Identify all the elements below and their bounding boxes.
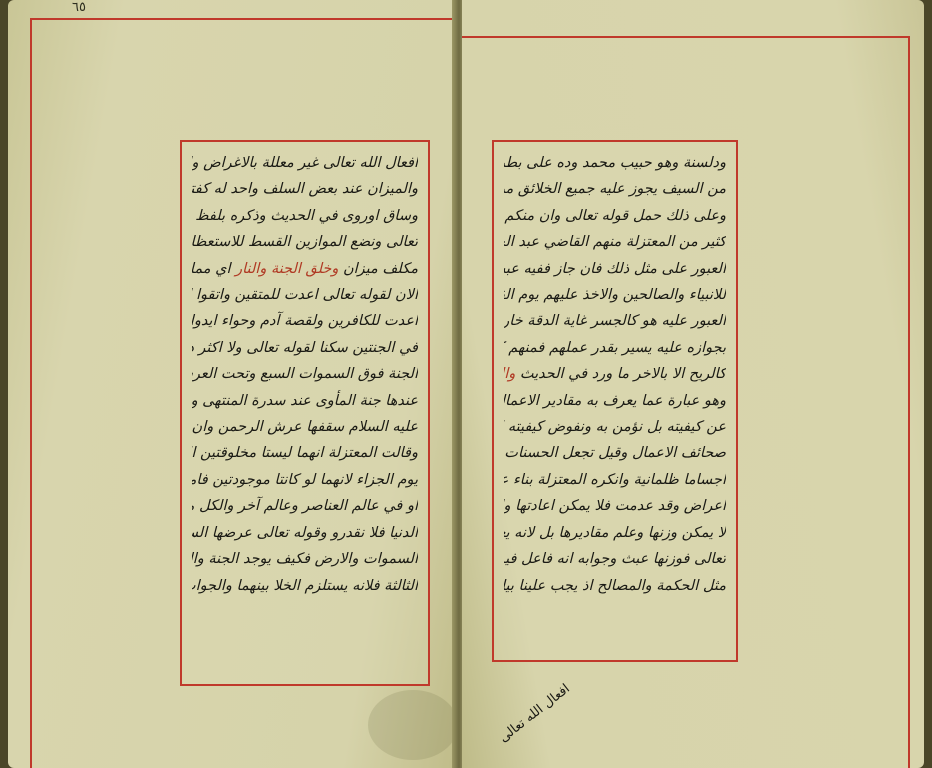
text-line-with-rubric: كالريح الا بالاخر ما ورد في الحديث والمي… (504, 361, 726, 387)
text-line: صحائف الاعمال وقيل تجعل الحسنات اجساما ن… (504, 440, 726, 466)
text-line: او في عالم العناصر وعالم آخر والكل محال (192, 493, 418, 519)
text-line: اجساما ظلمانية وانكره المعتزلة بناء على … (504, 467, 726, 493)
text-line: والميزان عند بعض السلف واحد له كفتان ولس… (192, 176, 418, 202)
text-line: افعال الله تعالى غير معللة بالاغراض ولا … (192, 150, 418, 176)
text-line: تعالى فوزنها عبث وجوابه انه فاعل فيما يش… (504, 546, 726, 572)
text-line: الثالثة فلانه يستلزم الخلا بينهما والجوا… (192, 573, 418, 599)
text-line: كثير من المعتزلة منهم القاضي عبد الجبار … (504, 229, 726, 255)
ink-stain (368, 690, 458, 760)
text-line: العبور عليه هو كالجسر غاية الدقة خارق لل… (504, 308, 726, 334)
text-line: في الجنتين سكنا لقوله تعالى ولا اكثر دون… (192, 335, 418, 361)
rubric-heading: وخلق الجنة والنار (235, 261, 338, 277)
right-page: ودلسنة وهو حبيب محمد وده على بطن جهنم اد… (462, 0, 924, 768)
text-line: وهو عبارة عما يعرف به مقادير الاعمال ولي… (504, 388, 726, 414)
text-line: لا يمكن وزنها وعلم مقاديرها بل لانه يعلم… (504, 520, 726, 546)
text-line: السموات والارض فكيف يوجد الجنة والنار في… (192, 546, 418, 572)
left-page: ٦٥ افعال الله تعالى غير معللة بالاغراض و… (8, 0, 460, 768)
text-line: يوم الجزاء لانهما لو كانتا موجودتين فاما… (192, 467, 418, 493)
text-line: العبور على مثل ذلك فان جاز ففيه عبث ولو … (504, 256, 726, 282)
text-line: عن كيفيته بل نؤمن به ونفوض كيفيته الى ال… (504, 414, 726, 440)
text-line: وقالت المعتزلة انهما ليستا مخلوقتين الآن… (192, 440, 418, 466)
text-line: للانبياء والصالحين والاخذ عليهم يوم القي… (504, 282, 726, 308)
text-line: الجنة فوق السموات السبع وتحت العرش لقوله… (192, 361, 418, 387)
text-line: عندها جنة المأوى عند سدرة المنتهى ولما ق… (192, 388, 418, 414)
text-segment: مكلف ميزان (338, 261, 418, 277)
rubric-heading: والميزان حق (504, 366, 515, 382)
text-line: تعالى ونضع الموازين القسط للاستعظام وقيل… (192, 229, 418, 255)
text-line: الدنيا فلا نقدرو وقوله تعالى عرضها السمو… (192, 520, 418, 546)
left-text-block: افعال الله تعالى غير معللة بالاغراض ولا … (180, 140, 430, 686)
text-line: بجوازه عليه يسير بقدر عملهم فمنهم كالبرق… (504, 335, 726, 361)
text-line-with-rubric: مكلف ميزان وخلق الجنة والنار اي مما خلق … (192, 256, 418, 282)
text-line: من السيف يجوز عليه جميع الخلائق من المؤم… (504, 176, 726, 202)
text-line: اعدت للكافرين ولقصة آدم وحواء ايدوا انهم… (192, 308, 418, 334)
text-line: عليه السلام سقفها عرش الرحمن وان النار ت… (192, 414, 418, 440)
text-line: ودلسنة وهو حبيب محمد وده على بطن جهنم اد… (504, 150, 726, 176)
folio-number: ٦٥ (72, 0, 86, 15)
text-line: اعراض وقد عدمت فلا يمكن اعادتها ولا يعلم… (504, 493, 726, 519)
text-line: وعلى ذلك حمل قوله تعالى وان منكم الا وار… (504, 203, 726, 229)
manuscript-spread: ٦٥ افعال الله تعالى غير معللة بالاغراض و… (0, 0, 932, 768)
text-line: الان لقوله تعالى اعدت للمتقين واتقوا الن… (192, 282, 418, 308)
text-line: وساق اوروى في الحديث وذكره بلفظ الجمع في… (192, 203, 418, 229)
text-line: مثل الحكمة والمصالح اذ يجب علينا بيان وج… (504, 573, 726, 599)
right-text-block: ودلسنة وهو حبيب محمد وده على بطن جهنم اد… (492, 140, 738, 662)
